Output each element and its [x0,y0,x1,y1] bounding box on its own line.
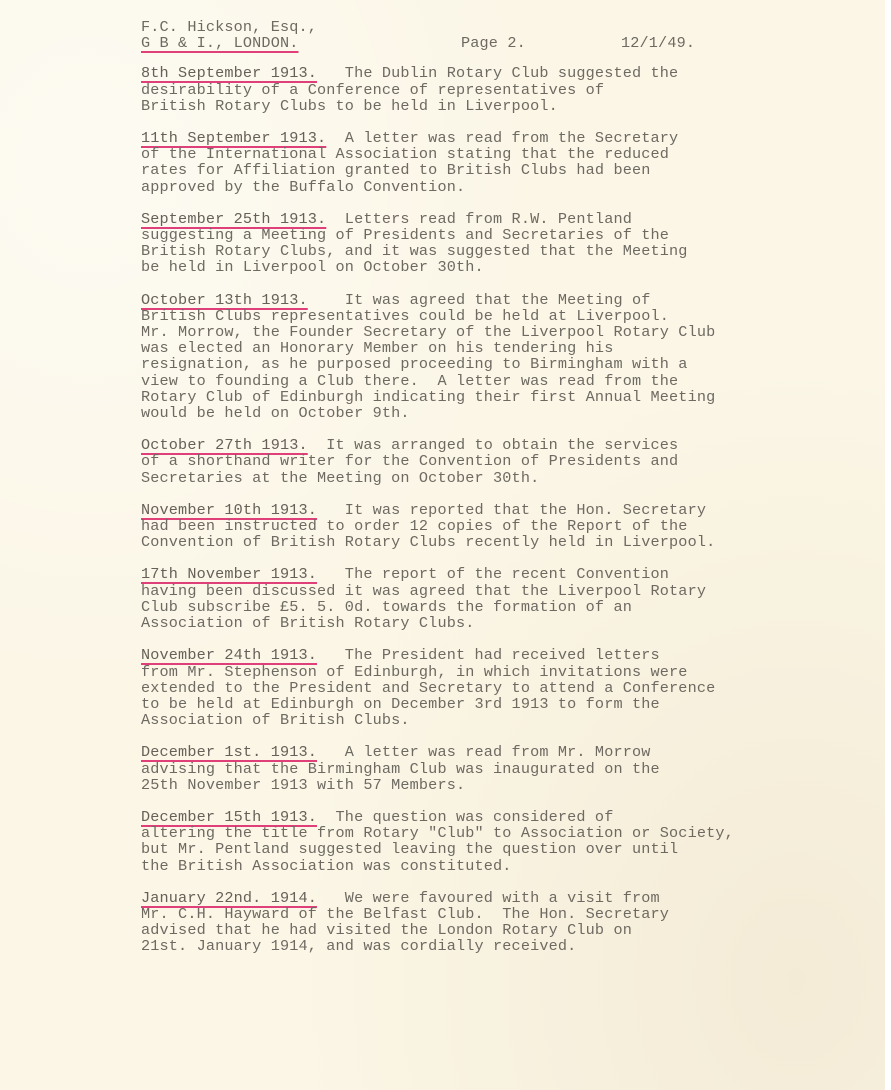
entry-line: approved by the Buffalo Convention. [141,179,841,195]
entry-first-line: October 27th 1913. It was arranged to ob… [141,437,841,453]
entry-line: was elected an Honorary Member on his te… [141,340,841,356]
entry-first-line: 17th November 1913. The report of the re… [141,566,841,582]
entry-text: British Rotary Clubs to be held in Liver… [141,97,558,115]
minute-entry: September 25th 1913. Letters read from R… [141,211,841,276]
header-line-1: F.C. Hickson, Esq., [141,19,841,35]
minute-entry: 17th November 1913. The report of the re… [141,566,841,631]
entry-line: British Rotary Clubs to be held in Liver… [141,98,841,114]
entry-text: Secretaries at the Meeting on October 30… [141,469,539,487]
entry-line: the British Association was constituted. [141,858,841,874]
entry-line: to be held at Edinburgh on December 3rd … [141,696,841,712]
addressee-location: G B & I., LONDON. [141,34,299,52]
entry-line: of a shorthand writer for the Convention… [141,453,841,469]
minute-entry: December 15th 1913. The question was con… [141,809,841,874]
entry-text: be held in Liverpool on October 30th. [141,258,484,276]
addressee-name: F.C. Hickson, Esq., [141,19,317,35]
entry-line: Association of British Rotary Clubs. [141,615,841,631]
entry-line: from Mr. Stephenson of Edinburgh, in whi… [141,664,841,680]
minute-entry: January 22nd. 1914. We were favoured wit… [141,890,841,955]
entry-line: Secretaries at the Meeting on October 30… [141,470,841,486]
entry-line: Association of British Clubs. [141,712,841,728]
entry-text: the British Association was constituted. [141,857,512,875]
entry-first-line: November 10th 1913. It was reported that… [141,502,841,518]
entry-line: would be held on October 9th. [141,405,841,421]
minutes-entries: 8th September 1913. The Dublin Rotary Cl… [141,65,841,954]
entry-line: resignation, as he purposed proceeding t… [141,356,841,372]
entry-line: be held in Liverpool on October 30th. [141,259,841,275]
minute-entry: October 27th 1913. It was arranged to ob… [141,437,841,486]
entry-line: advising that the Birmingham Club was in… [141,761,841,777]
entry-line: had been instructed to order 12 copies o… [141,518,841,534]
entry-line: 25th November 1913 with 57 Members. [141,777,841,793]
entry-line: rates for Affiliation granted to British… [141,162,841,178]
minute-entry: November 10th 1913. It was reported that… [141,502,841,551]
entry-line: suggesting a Meeting of Presidents and S… [141,227,841,243]
typed-letter: F.C. Hickson, Esq., G B & I., LONDON. Pa… [141,19,841,955]
page-number: Page 2. [461,35,621,51]
entry-line: Convention of British Rotary Clubs recen… [141,534,841,550]
letter-date: 12/1/49. [621,35,695,51]
minute-entry: 11th September 1913. A letter was read f… [141,130,841,195]
entry-line: but Mr. Pentland suggested leaving the q… [141,841,841,857]
entry-first-line: November 24th 1913. The President had re… [141,647,841,663]
entry-line: advised that he had visited the London R… [141,922,841,938]
entry-first-line: January 22nd. 1914. We were favoured wit… [141,890,841,906]
minute-entry: December 1st. 1913. A letter was read fr… [141,744,841,793]
entry-line: Rotary Club of Edinburgh indicating thei… [141,389,841,405]
entry-line: 21st. January 1914, and was cordially re… [141,938,841,954]
entry-text: approved by the Buffalo Convention. [141,178,465,196]
entry-line: British Rotary Clubs, and it was suggest… [141,243,841,259]
entry-text: 25th November 1913 with 57 Members. [141,776,465,794]
entry-first-line: 8th September 1913. The Dublin Rotary Cl… [141,65,841,81]
entry-line: Mr. C.H. Hayward of the Belfast Club. Th… [141,906,841,922]
entry-line: desirability of a Conference of represen… [141,82,841,98]
entry-line: Club subscribe £5. 5. 0d. towards the fo… [141,599,841,615]
entry-first-line: October 13th 1913. It was agreed that th… [141,292,841,308]
entry-line: of the International Association stating… [141,146,841,162]
entry-text: would be held on October 9th. [141,404,410,422]
entry-first-line: December 15th 1913. The question was con… [141,809,841,825]
entry-line: view to founding a Club there. A letter … [141,373,841,389]
minute-entry: 8th September 1913. The Dublin Rotary Cl… [141,65,841,114]
entry-text: Association of British Clubs. [141,711,410,729]
entry-text: Convention of British Rotary Clubs recen… [141,533,715,551]
entry-line: British Clubs representatives could be h… [141,308,841,324]
header-line-2: G B & I., LONDON. Page 2. 12/1/49. [141,35,841,51]
entry-first-line: 11th September 1913. A letter was read f… [141,130,841,146]
entry-line: altering the title from Rotary "Club" to… [141,825,841,841]
minute-entry: October 13th 1913. It was agreed that th… [141,292,841,422]
minute-entry: November 24th 1913. The President had re… [141,647,841,728]
entry-text: 21st. January 1914, and was cordially re… [141,937,576,955]
entry-text: Association of British Rotary Clubs. [141,614,475,632]
entry-first-line: September 25th 1913. Letters read from R… [141,211,841,227]
entry-line: having been discussed it was agreed that… [141,583,841,599]
entry-line: Mr. Morrow, the Founder Secretary of the… [141,324,841,340]
entry-first-line: December 1st. 1913. A letter was read fr… [141,744,841,760]
entry-line: extended to the President and Secretary … [141,680,841,696]
